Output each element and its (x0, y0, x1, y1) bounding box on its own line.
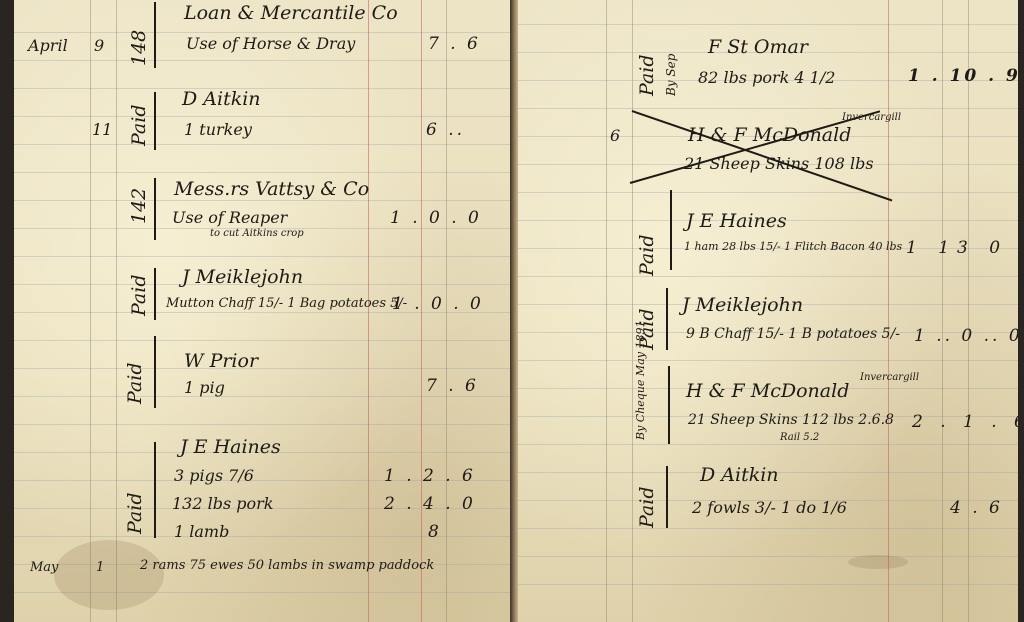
entry-payee-note: Invercargill (860, 372, 919, 383)
entry-item: 2 fowls 3/- 1 do 1/6 (692, 498, 847, 517)
paid-stamp: Paid (124, 493, 146, 535)
ref-column-rule (116, 0, 117, 622)
entry-bracket (154, 178, 156, 240)
paid-stamp: By Cheque May 1891 (634, 321, 647, 440)
ruled-line (14, 144, 514, 145)
footer-note-day: 1 (96, 560, 104, 575)
entry-bracket (154, 92, 156, 150)
ruled-line (518, 360, 1018, 361)
pence-column-rule (968, 0, 969, 622)
pounds-column-rule (888, 0, 889, 622)
entry-item: 3 pigs 7/6 (174, 466, 254, 485)
entry-payee: F St Omar (708, 36, 808, 58)
entry-payee: Mess.rs Vattsy & Co (174, 178, 369, 200)
entry-item: 9 B Chaff 15/- 1 B potatoes 5/- (686, 326, 900, 342)
entry-date-month: April (28, 36, 68, 55)
entry-bracket (668, 366, 670, 444)
entry-item: 21 Sheep Skins 112 lbs 2.6.8 (688, 412, 894, 428)
entry-amount: 1 . 10 . 9 (908, 66, 1018, 86)
entry-item: 1 ham 28 lbs 15/- 1 Flitch Bacon 40 lbs (684, 240, 902, 253)
shillings-column-rule (942, 0, 943, 622)
paid-stamp: Paid (128, 275, 150, 317)
entry-payee: W Prior (184, 350, 258, 372)
entry-date-day: 9 (94, 36, 104, 55)
entry-payee: H & F McDonald (686, 380, 849, 402)
ruled-line (518, 276, 1018, 277)
entry-bracket (666, 466, 668, 528)
entry-bracket (670, 190, 672, 270)
entry-amount: 1 . 0 . 0 (392, 294, 484, 314)
ruled-line (14, 368, 514, 369)
date-column-rule (606, 0, 607, 622)
ruled-line (14, 256, 514, 257)
entry-item: 1 turkey (184, 120, 252, 139)
paid-stamp: Paid (636, 55, 658, 97)
entry-amount: 2 . 4 . 0 (384, 494, 476, 514)
ledger-left-page: April 9 148 Loan & Mercantile Co Use of … (14, 0, 516, 622)
ruled-line (14, 172, 514, 173)
ruled-line (518, 584, 1018, 585)
entry-payee: J E Haines (686, 210, 787, 232)
ruled-line (518, 108, 1018, 109)
entry-item: 21 Sheep Skins 108 lbs (684, 154, 874, 173)
entry-bracket (154, 442, 156, 538)
ledger-right-page: Paid By Sep F St Omar 82 lbs pork 4 1/2 … (518, 0, 1018, 622)
entry-item: Use of Reaper (172, 208, 287, 227)
ruled-line (518, 444, 1018, 445)
entry-amount: 1 .. 0 .. 0 (914, 326, 1018, 346)
ruled-line (14, 32, 514, 33)
ruled-line (14, 200, 514, 201)
paper-stain (848, 555, 908, 569)
entry-date-day: 11 (92, 120, 112, 139)
ruled-line (518, 192, 1018, 193)
entry-note: to cut Aitkins crop (210, 228, 304, 239)
ruled-line (14, 340, 514, 341)
entry-ref-number: 142 (128, 188, 150, 224)
entry-item: 132 lbs pork (172, 494, 274, 513)
entry-amount: 1 13 0 (906, 238, 1008, 258)
ruled-line (518, 556, 1018, 557)
footer-note-month: May (30, 560, 58, 575)
entry-item: 82 lbs pork 4 1/2 (698, 68, 835, 87)
ruled-line (14, 396, 514, 397)
ref-column-rule (632, 0, 633, 622)
entry-ref-number: 148 (128, 30, 150, 66)
entry-amount: 2 . 1 . 6 (912, 412, 1018, 432)
ruled-line (14, 88, 514, 89)
paid-note: By Sep (664, 54, 678, 96)
footer-note-text: 2 rams 75 ewes 50 lambs in swamp paddock (140, 558, 434, 573)
entry-payee: D Aitkin (182, 88, 261, 110)
entry-amount: 7 . 6 (426, 376, 479, 396)
ruled-line (14, 60, 514, 61)
paid-stamp: Paid (636, 235, 658, 277)
entry-bracket (154, 268, 156, 320)
ruled-line (14, 116, 514, 117)
entry-item: Use of Horse & Dray (186, 34, 355, 53)
pounds-column-rule (368, 0, 369, 622)
paid-stamp: Paid (636, 487, 658, 529)
entry-payee: D Aitkin (700, 464, 779, 486)
ruled-line (518, 528, 1018, 529)
entry-amount: 7 . 6 (428, 34, 481, 54)
entry-item: 1 lamb (174, 522, 229, 541)
entry-amount: 1 . 0 . 0 (390, 208, 482, 228)
entry-payee: J Meiklejohn (182, 266, 303, 288)
entry-payee: J E Haines (180, 436, 281, 458)
entry-amount: 6 .. (426, 120, 465, 140)
entry-item: Mutton Chaff 15/- 1 Bag potatoes 5/- (166, 296, 407, 311)
date-column-rule (90, 0, 91, 622)
entry-bracket (666, 288, 668, 350)
entry-note: Rail 5.2 (780, 432, 819, 443)
entry-bracket (154, 336, 156, 408)
paid-stamp: Paid (124, 363, 146, 405)
entry-payee: Loan & Mercantile Co (184, 2, 398, 24)
entry-amount: 8 (428, 522, 442, 542)
ruled-line (14, 424, 514, 425)
paper-stain (54, 540, 164, 610)
entry-payee: J Meiklejohn (682, 294, 803, 316)
entry-date-day: 6 (610, 126, 620, 145)
paid-stamp: Paid (128, 105, 150, 147)
ruled-line (518, 24, 1018, 25)
entry-item: 1 pig (184, 378, 225, 397)
entry-amount: 1 . 2 . 6 (384, 466, 476, 486)
entry-amount: 4 . 6 (950, 498, 1003, 518)
entry-bracket (154, 2, 156, 68)
